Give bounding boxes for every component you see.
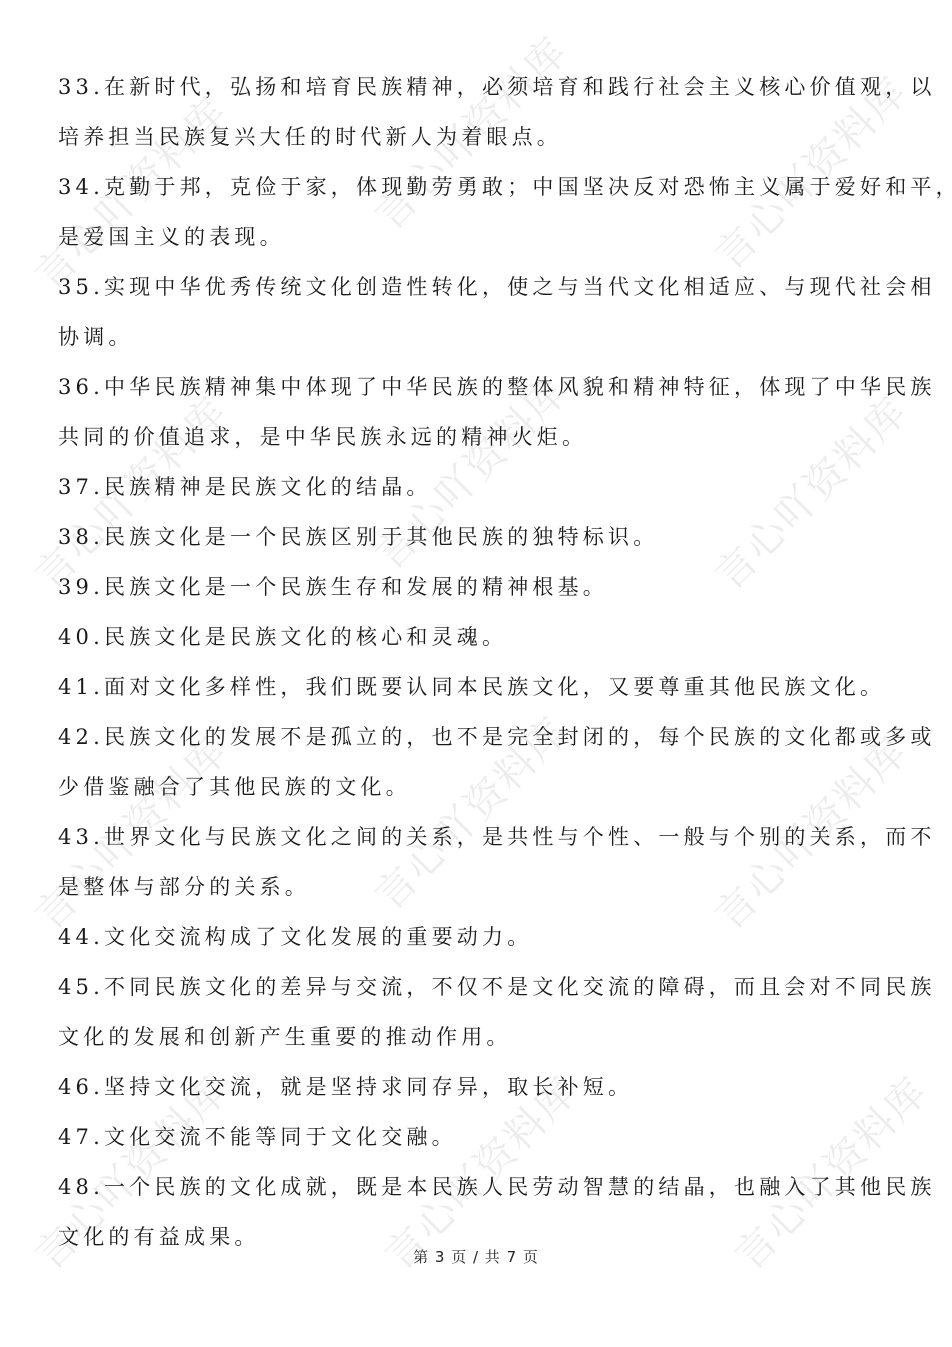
item-38: 38.民族文化是一个民族区别于其他民族的独特标识。: [58, 512, 898, 562]
text-line: 44.文化交流构成了文化发展的重要动力。: [58, 912, 898, 962]
text-line: 34.克勤于邦，克俭于家，体现勤劳勇敢；中国坚决反对恐怖主义属于爱好和平，: [58, 162, 898, 212]
text-line: 43.世界文化与民族文化之间的关系，是共性与个性、一般与个别的关系，而不: [58, 812, 898, 862]
item-44: 44.文化交流构成了文化发展的重要动力。: [58, 912, 898, 962]
text-line: 42.民族文化的发展不是孤立的，也不是完全封闭的，每个民族的文化都或多或: [58, 712, 898, 762]
item-33: 33.在新时代，弘扬和培育民族精神，必须培育和践行社会主义核心价值观，以 培养担…: [58, 62, 898, 162]
item-36: 36.中华民族精神集中体现了中华民族的整体风貌和精神特征，体现了中华民族 共同的…: [58, 362, 898, 462]
text-line: 41.面对文化多样性，我们既要认同本民族文化，又要尊重其他民族文化。: [58, 662, 898, 712]
page-number: 第 3 页 / 共 7 页: [0, 1246, 952, 1267]
item-39: 39.民族文化是一个民族生存和发展的精神根基。: [58, 562, 898, 612]
item-42: 42.民族文化的发展不是孤立的，也不是完全封闭的，每个民族的文化都或多或 少借鉴…: [58, 712, 898, 812]
text-line: 38.民族文化是一个民族区别于其他民族的独特标识。: [58, 512, 898, 562]
text-line: 文化的发展和创新产生重要的推动作用。: [58, 1012, 898, 1062]
text-line: 36.中华民族精神集中体现了中华民族的整体风貌和精神特征，体现了中华民族: [58, 362, 898, 412]
item-37: 37.民族精神是民族文化的结晶。: [58, 462, 898, 512]
item-47: 47.文化交流不能等同于文化交融。: [58, 1112, 898, 1162]
text-line: 共同的价值追求，是中华民族永远的精神火炬。: [58, 412, 898, 462]
text-line: 39.民族文化是一个民族生存和发展的精神根基。: [58, 562, 898, 612]
text-line: 少借鉴融合了其他民族的文化。: [58, 762, 898, 812]
text-line: 47.文化交流不能等同于文化交融。: [58, 1112, 898, 1162]
text-line: 培养担当民族复兴大任的时代新人为着眼点。: [58, 112, 898, 162]
text-line: 33.在新时代，弘扬和培育民族精神，必须培育和践行社会主义核心价值观，以: [58, 62, 898, 112]
item-43: 43.世界文化与民族文化之间的关系，是共性与个性、一般与个别的关系，而不 是整体…: [58, 812, 898, 912]
text-line: 是整体与部分的关系。: [58, 862, 898, 912]
text-line: 46.坚持文化交流，就是坚持求同存异，取长补短。: [58, 1062, 898, 1112]
item-45: 45.不同民族文化的差异与交流，不仅不是文化交流的障碍，而且会对不同民族 文化的…: [58, 962, 898, 1062]
text-line: 48.一个民族的文化成就，既是本民族人民劳动智慧的结晶，也融入了其他民族: [58, 1162, 898, 1212]
item-41: 41.面对文化多样性，我们既要认同本民族文化，又要尊重其他民族文化。: [58, 662, 898, 712]
text-line: 37.民族精神是民族文化的结晶。: [58, 462, 898, 512]
text-line: 35.实现中华优秀传统文化创造性转化，使之与当代文化相适应、与现代社会相: [58, 262, 898, 312]
text-line: 协调。: [58, 312, 898, 362]
item-35: 35.实现中华优秀传统文化创造性转化，使之与当代文化相适应、与现代社会相 协调。: [58, 262, 898, 362]
text-line: 45.不同民族文化的差异与交流，不仅不是文化交流的障碍，而且会对不同民族: [58, 962, 898, 1012]
item-46: 46.坚持文化交流，就是坚持求同存异，取长补短。: [58, 1062, 898, 1112]
item-40: 40.民族文化是民族文化的核心和灵魂。: [58, 612, 898, 662]
document-body: 33.在新时代，弘扬和培育民族精神，必须培育和践行社会主义核心价值观，以 培养担…: [58, 62, 898, 1262]
item-34: 34.克勤于邦，克俭于家，体现勤劳勇敢；中国坚决反对恐怖主义属于爱好和平， 是爱…: [58, 162, 898, 262]
text-line: 40.民族文化是民族文化的核心和灵魂。: [58, 612, 898, 662]
text-line: 是爱国主义的表现。: [58, 212, 898, 262]
